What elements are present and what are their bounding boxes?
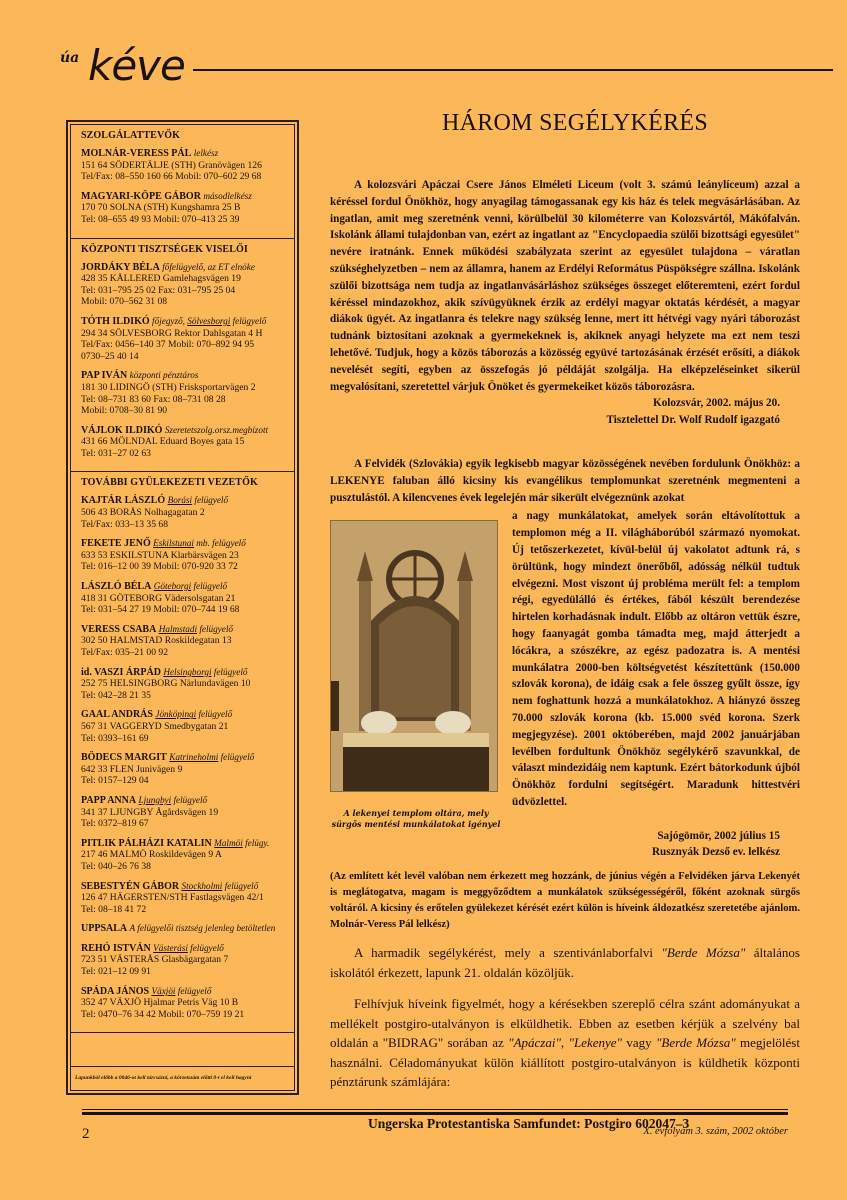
altar-illustration-icon bbox=[331, 521, 498, 792]
contact-detail-line: Tel: 031–54 27 19 Mobil: 070–744 19 68 bbox=[81, 604, 286, 616]
contact-entry: SEBESTYÉN GÁBOR Stockholmi felügyelő126 … bbox=[81, 881, 286, 916]
role-title: felügyelő bbox=[192, 495, 228, 505]
sidebar-footer-note: Lapunkból előbb a 0046-ot kell tárcsázni… bbox=[71, 1066, 294, 1090]
appeal-label-2: "Berde Mózsa" bbox=[656, 1035, 736, 1050]
role-title: felügyelő bbox=[230, 316, 266, 326]
contact-entry: KAJTÁR LÁSZLÓ Borási felügyelő506 43 BOR… bbox=[81, 495, 286, 530]
contact-name: SPÁDA JÁNOS bbox=[81, 986, 149, 997]
contact-name: VÁJLOK ILDIKÓ bbox=[81, 425, 162, 436]
contact-detail-line: Tel: 040–26 76 38 bbox=[81, 861, 286, 873]
contact-detail-line: 217 46 MALMÖ Roskildevägen 9 A bbox=[81, 849, 286, 861]
contact-role: Ljungbyi felügyelő bbox=[139, 795, 208, 805]
contact-name: SEBESTYÉN GÁBOR bbox=[81, 881, 179, 892]
contact-detail-line: 567 31 VAGGERYD Smedbygatan 21 bbox=[81, 721, 286, 733]
contact-detail-line: Tel: 0393–161 69 bbox=[81, 733, 286, 745]
contact-entry: VERESS CSABA Halmstadi felügyelő302 50 H… bbox=[81, 624, 286, 659]
contact-entry: MAGYARI-KÖPE GÁBOR másodlelkész170 70 SO… bbox=[81, 191, 286, 226]
contact-name: JORDÁKY BÉLA bbox=[81, 262, 160, 273]
contact-name: FEKETE JENŐ bbox=[81, 538, 151, 549]
contact-entry: MOLNÁR-VERESS PÁL lelkész151 64 SÖDERTÄL… bbox=[81, 148, 286, 183]
contact-detail-line: 294 34 SÖLVESBORG Rektor Dahlsgatan 4 H bbox=[81, 328, 286, 340]
contact-name: TÓTH ILDIKÓ bbox=[81, 316, 150, 327]
school-name: "Berde Mózsa" bbox=[661, 945, 745, 960]
letter1-place-date: Kolozsvár, 2002. május 20. bbox=[330, 395, 800, 412]
contact-detail-line: Tel: 021–12 09 91 bbox=[81, 966, 286, 978]
contact-detail-line: 302 50 HALMSTAD Roskildegatan 13 bbox=[81, 635, 286, 647]
contact-entry: VÁJLOK ILDIKÓ Szeretetszolg.orsz.megbízo… bbox=[81, 425, 286, 460]
role-title: felügyelő bbox=[197, 624, 233, 634]
contact-name: PAP IVÁN bbox=[81, 370, 127, 381]
contact-entry: PAPP ANNA Ljungbyi felügyelő341 37 LJUNG… bbox=[81, 795, 286, 830]
contact-role: Västerási felügyelő bbox=[153, 943, 224, 953]
role-title: felügyelő bbox=[196, 709, 232, 719]
contact-detail-line: 506 43 BORÅS Nolhagagatan 2 bbox=[81, 507, 286, 519]
contact-detail-line: Mobil: 070–562 31 08 bbox=[81, 296, 286, 308]
contact-entry: SPÁDA JÁNOS Växjöi felügyelő352 47 VÄXJÖ… bbox=[81, 986, 286, 1021]
contact-detail-line: 723 51 VÄSTERÅS Glasbägargatan 7 bbox=[81, 954, 286, 966]
altar-photo bbox=[330, 520, 498, 792]
contact-role: Halmstadi felügyelő bbox=[159, 624, 233, 634]
third-request-paragraph: A harmadik segélykérést, mely a szentivá… bbox=[330, 943, 800, 982]
contact-role: főjegyző, Sölvesborgi felügyelő bbox=[152, 316, 266, 326]
contact-entry: GAAL ANDRÁS Jönköpingi felügyelő567 31 V… bbox=[81, 709, 286, 744]
role-text: főjegyző, bbox=[152, 316, 187, 326]
role-text: másodlelkész bbox=[203, 191, 251, 201]
contact-detail-line: 181 30 LIDINGÖ (STH) Frisksportarvägen 2 bbox=[81, 382, 286, 394]
contact-role: központi pénztáros bbox=[130, 370, 199, 380]
contact-detail-line: 341 37 LJUNGBY Ågårdsvägen 19 bbox=[81, 807, 286, 819]
role-location: Stockholmi bbox=[182, 881, 223, 891]
contact-role: lelkész bbox=[194, 148, 219, 158]
contact-name: MOLNÁR-VERESS PÁL bbox=[81, 148, 191, 159]
contact-name: BÖDECS MARGIT bbox=[81, 752, 167, 763]
contact-entry: LÁSZLÓ BÉLA Göteborgi felügyelő418 31 GÖ… bbox=[81, 581, 286, 616]
masthead: úa kéve bbox=[58, 50, 788, 90]
sidebar-section: SZOLGÁLATTEVŐKMOLNÁR-VERESS PÁL lelkész1… bbox=[71, 125, 294, 239]
contact-entry: PITLIK PÁLHÁZI KATALIN Malmöi felügy.217… bbox=[81, 838, 286, 873]
contact-entry: BÖDECS MARGIT Katrineholmi felügyelő642 … bbox=[81, 752, 286, 787]
contact-role: főfelügyelő, az ET elnöke bbox=[162, 262, 255, 272]
contact-detail-line: 126 47 HÄGERSTEN/STH Fastlagsvägen 42/1 bbox=[81, 892, 286, 904]
contact-name: VERESS CSABA bbox=[81, 624, 156, 635]
contacts-sidebar: SZOLGÁLATTEVŐKMOLNÁR-VERESS PÁL lelkész1… bbox=[66, 120, 299, 1095]
footer-rule-thick bbox=[82, 1112, 788, 1115]
page-number: 2 bbox=[82, 1126, 90, 1143]
role-text: lelkész bbox=[194, 148, 219, 158]
contact-detail-line: 642 33 FLEN Junivägen 9 bbox=[81, 764, 286, 776]
role-text: központi pénztáros bbox=[130, 370, 199, 380]
contact-name: PAPP ANNA bbox=[81, 795, 136, 806]
role-location: Ljungbyi bbox=[139, 795, 172, 805]
masthead-rule bbox=[193, 69, 833, 71]
role-title: mb. felügyelő bbox=[194, 538, 246, 548]
contact-role: Borási felügyelő bbox=[168, 495, 229, 505]
contact-entry: JORDÁKY BÉLA főfelügyelő, az ET elnöke42… bbox=[81, 262, 286, 308]
masthead-logo: kéve bbox=[88, 42, 185, 90]
role-location: Halmstadi bbox=[159, 624, 197, 634]
masthead-small-mark: úa bbox=[60, 50, 79, 66]
contact-role: Malmöi felügy. bbox=[214, 838, 269, 848]
article-title: HÁROM SEGÉLYKÉRÉS bbox=[350, 110, 800, 150]
role-title: felügyelő bbox=[188, 943, 224, 953]
role-location: Sölvesborgi bbox=[187, 316, 230, 326]
contact-entry: REHÓ ISTVÁN Västerási felügyelő723 51 VÄ… bbox=[81, 943, 286, 978]
role-text: főfelügyelő, az ET elnöke bbox=[162, 262, 255, 272]
sidebar-section-heading: SZOLGÁLATTEVŐK bbox=[81, 130, 286, 141]
contact-detail-line: Mobil: 0708–30 81 90 bbox=[81, 405, 286, 417]
contact-name: REHÓ ISTVÁN bbox=[81, 943, 151, 954]
sidebar-inner-frame: SZOLGÁLATTEVŐKMOLNÁR-VERESS PÁL lelkész1… bbox=[70, 124, 295, 1091]
appeal-label-1: "Apáczai", "Lekenye" bbox=[508, 1035, 622, 1050]
role-title: felügy. bbox=[243, 838, 270, 848]
contact-detail-line: 418 31 GÖTEBORG Vädersolsgatan 21 bbox=[81, 593, 286, 605]
contact-entry: id. VASZI ÁRPÁD Helsingborgi felügyelő25… bbox=[81, 667, 286, 702]
appeal-text-2: vagy bbox=[622, 1035, 656, 1050]
footer-rule-thin bbox=[82, 1109, 788, 1110]
contact-name: UPPSALA bbox=[81, 923, 127, 934]
sidebar-section-heading: KÖZPONTI TISZTSÉGEK VISELŐI bbox=[81, 244, 286, 255]
contact-detail-line: Tel: 08–18 41 72 bbox=[81, 904, 286, 916]
issue-info: X. évfolyam 3. szám, 2002 október bbox=[643, 1126, 788, 1137]
contact-detail-line: 0730–25 40 14 bbox=[81, 351, 286, 363]
contact-detail-line: 428 35 KÅLLERED Gamlehagsvägen 19 bbox=[81, 273, 286, 285]
letter1-signature: Tisztelettel Dr. Wolf Rudolf igazgató bbox=[330, 412, 800, 429]
contact-detail-line: Tel: 031–795 25 02 Fax: 031–795 25 04 bbox=[81, 285, 286, 297]
role-location: Eskilstunai bbox=[153, 538, 194, 548]
contact-detail-line: Tel/Fax: 08–550 160 66 Mobil: 070–602 29… bbox=[81, 171, 286, 183]
contact-detail-line: Tel: 0157–129 04 bbox=[81, 775, 286, 787]
role-title: felügyelő bbox=[218, 752, 254, 762]
magazine-page: úa kéve SZOLGÁLATTEVŐKMOLNÁR-VERESS PÁL … bbox=[0, 0, 847, 1200]
letter1-body: A kolozsvári Apáczai Csere János Elmélet… bbox=[330, 177, 800, 395]
contact-role: Jönköpingi felügyelő bbox=[155, 709, 232, 719]
sidebar-section: KÖZPONTI TISZTSÉGEK VISELŐIJORDÁKY BÉLA … bbox=[71, 239, 294, 473]
role-location: Helsingborgi bbox=[163, 667, 211, 677]
contact-entry: PAP IVÁN központi pénztáros181 30 LIDING… bbox=[81, 370, 286, 416]
role-title: felügyelő bbox=[222, 881, 258, 891]
role-location: Västerási bbox=[153, 943, 188, 953]
role-title: felügyelő bbox=[212, 667, 248, 677]
contact-entry: FEKETE JENŐ Eskilstunai mb. felügyelő633… bbox=[81, 538, 286, 573]
role-text: A felügyelői tisztség jelenleg betöltetl… bbox=[130, 923, 276, 933]
letter2-intro: A Felvidék (Szlovákia) egyik legkisebb m… bbox=[330, 456, 800, 506]
role-title: felügyelő bbox=[171, 795, 207, 805]
sidebar-section: TOVÁBBI GYÜLEKEZETI VEZETŐKKAJTÁR LÁSZLÓ… bbox=[71, 472, 294, 1033]
contact-role: Szeretetszolg.orsz.megbízott bbox=[165, 425, 268, 435]
contact-role: Göteborgi felügyelő bbox=[154, 581, 227, 591]
contact-detail-line: 252 75 HELSINGBORG Närlundavägen 10 bbox=[81, 678, 286, 690]
contact-detail-line: 431 66 MÖLNDAL Eduard Boyes gata 15 bbox=[81, 436, 286, 448]
letter2-signature: Rusznyák Dezső ev. lelkész bbox=[330, 844, 800, 861]
contact-detail-line: Tel: 031–27 02 63 bbox=[81, 448, 286, 460]
role-location: Katrineholmi bbox=[169, 752, 218, 762]
contact-entry: TÓTH ILDIKÓ főjegyző, Sölvesborgi felügy… bbox=[81, 316, 286, 362]
contact-entry: UPPSALA A felügyelői tisztség jelenleg b… bbox=[81, 923, 286, 935]
contact-detail-line: Tel/Fax: 035–21 00 92 bbox=[81, 647, 286, 659]
contact-name: GAAL ANDRÁS bbox=[81, 709, 153, 720]
contact-role: Katrineholmi felügyelő bbox=[169, 752, 254, 762]
contact-detail-line: 633 53 ESKILSTUNA Klarbärsvägen 23 bbox=[81, 550, 286, 562]
article-column: HÁROM SEGÉLYKÉRÉS A kolozsvári Apáczai C… bbox=[330, 110, 800, 1132]
contact-name: MAGYARI-KÖPE GÁBOR bbox=[81, 191, 201, 202]
role-location: Malmöi bbox=[214, 838, 243, 848]
role-title: felügyelő bbox=[175, 986, 211, 996]
role-location: Göteborgi bbox=[154, 581, 191, 591]
contact-name: KAJTÁR LÁSZLÓ bbox=[81, 495, 165, 506]
contact-name: id. VASZI ÁRPÁD bbox=[81, 667, 161, 678]
role-location: Borási bbox=[168, 495, 193, 505]
role-text: Szeretetszolg.orsz.megbízott bbox=[165, 425, 268, 435]
contact-detail-line: Tel: 08–731 83 60 Fax: 08–731 08 28 bbox=[81, 394, 286, 406]
contact-role: Eskilstunai mb. felügyelő bbox=[153, 538, 246, 548]
altar-figure: A lekenyei templom oltára, mely sürgős m… bbox=[330, 520, 502, 830]
contact-detail-line: Tel/Fax: 0456–140 37 Mobil: 070–892 94 9… bbox=[81, 339, 286, 351]
contact-detail-line: Tel/Fax: 033–13 35 68 bbox=[81, 519, 286, 531]
contact-role: A felügyelői tisztség jelenleg betöltetl… bbox=[130, 923, 276, 933]
contact-detail-line: Tel: 016–12 00 39 Mobil: 070-920 33 72 bbox=[81, 561, 286, 573]
contact-role: Växjöi felügyelő bbox=[151, 986, 211, 996]
photo-caption: A lekenyei templom oltára, mely sürgős m… bbox=[330, 808, 502, 830]
contact-detail-line: 352 47 VÄXJÖ Hjalmar Petris Väg 10 B bbox=[81, 997, 286, 1009]
contact-role: Helsingborgi felügyelő bbox=[163, 667, 247, 677]
contact-detail-line: 151 64 SÖDERTÄLJE (STH) Granövägen 126 bbox=[81, 160, 286, 172]
contact-name: LÁSZLÓ BÉLA bbox=[81, 581, 151, 592]
contact-detail-line: Tel: 08–655 49 93 Mobil: 070–413 25 39 bbox=[81, 214, 286, 226]
role-location: Växjöi bbox=[151, 986, 175, 996]
contact-name: PITLIK PÁLHÁZI KATALIN bbox=[81, 838, 212, 849]
contact-role: Stockholmi felügyelő bbox=[182, 881, 259, 891]
third-request-text: A harmadik segélykérést, mely a szentivá… bbox=[354, 945, 661, 960]
contact-detail-line: 170 70 SOLNA (STH) Kungshamra 25 B bbox=[81, 202, 286, 214]
role-title: felügyelő bbox=[191, 581, 227, 591]
role-location: Jönköpingi bbox=[155, 709, 196, 719]
contact-detail-line: Tel: 042–28 21 35 bbox=[81, 690, 286, 702]
editor-note: (Az említett két levél valóban nem érkez… bbox=[330, 869, 800, 933]
contact-role: másodlelkész bbox=[203, 191, 251, 201]
donation-appeal: Felhívjuk híveink figyelmét, hogy a kéré… bbox=[330, 994, 800, 1092]
sidebar-section-heading: TOVÁBBI GYÜLEKEZETI VEZETŐK bbox=[81, 477, 286, 488]
contact-detail-line: Tel: 0372–819 67 bbox=[81, 818, 286, 830]
contact-detail-line: Tel: 0470–76 34 42 Mobil: 070–759 19 21 bbox=[81, 1009, 286, 1021]
